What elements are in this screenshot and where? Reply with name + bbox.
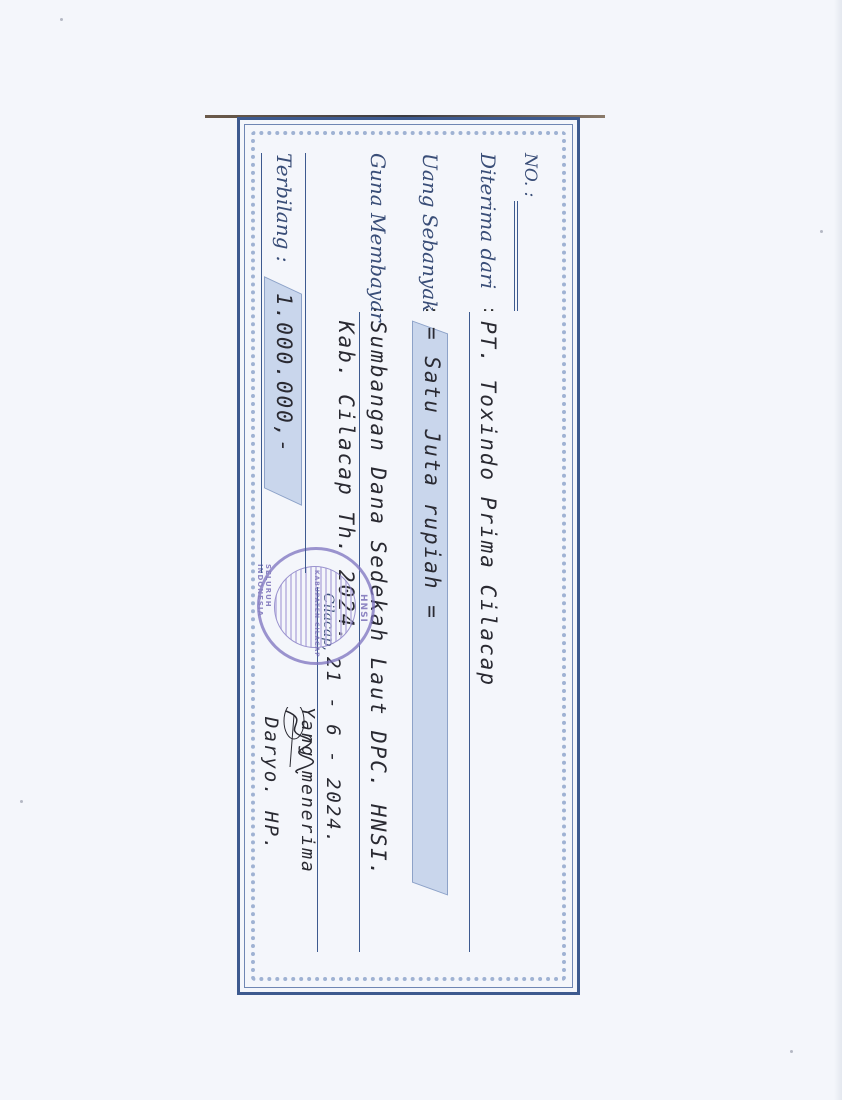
receipt: NO. : Diterima dari : PT. Toxindo Prima … xyxy=(237,117,580,995)
page-edge xyxy=(834,0,842,1100)
received-from-value: PT. Toxindo Prima Cilacap xyxy=(476,321,500,687)
amount-figure-bottom-line xyxy=(261,153,262,573)
received-from-line xyxy=(469,312,470,952)
amount-words-value: = Satu Juta rupiah = xyxy=(420,327,444,620)
date-value: 21 - 6 - 2024. xyxy=(322,657,344,845)
scan-speck xyxy=(20,800,23,803)
scan-speck xyxy=(820,230,823,233)
signature xyxy=(276,707,316,777)
colon: : xyxy=(421,307,442,313)
amount-figure-top-line xyxy=(305,153,306,573)
number-line xyxy=(514,201,518,311)
scan-speck xyxy=(60,18,63,21)
amount-words-label: Uang Sebanyak xyxy=(418,153,442,312)
received-from-label: Diterima dari xyxy=(476,153,500,289)
amount-figure-label: Terbilang : xyxy=(272,153,296,262)
receiver-name: Daryo. HP. xyxy=(260,717,282,851)
colon: : xyxy=(479,307,500,313)
organization-stamp: HNSI SELURUH INDONESIA KABUPATEN CILACAP xyxy=(257,547,375,665)
purpose-label: Guna Membayar xyxy=(366,153,390,322)
number-label: NO. : xyxy=(520,153,540,197)
colon: : xyxy=(369,307,390,313)
amount-figure-value: 1.000.000,- xyxy=(272,293,296,454)
stamp-top-text: HNSI xyxy=(358,594,368,623)
scan-speck xyxy=(790,1050,793,1053)
stamp-bottom-text: SELURUH INDONESIA xyxy=(256,564,272,662)
stamp-center-text: KABUPATEN CILACAP xyxy=(313,570,320,658)
